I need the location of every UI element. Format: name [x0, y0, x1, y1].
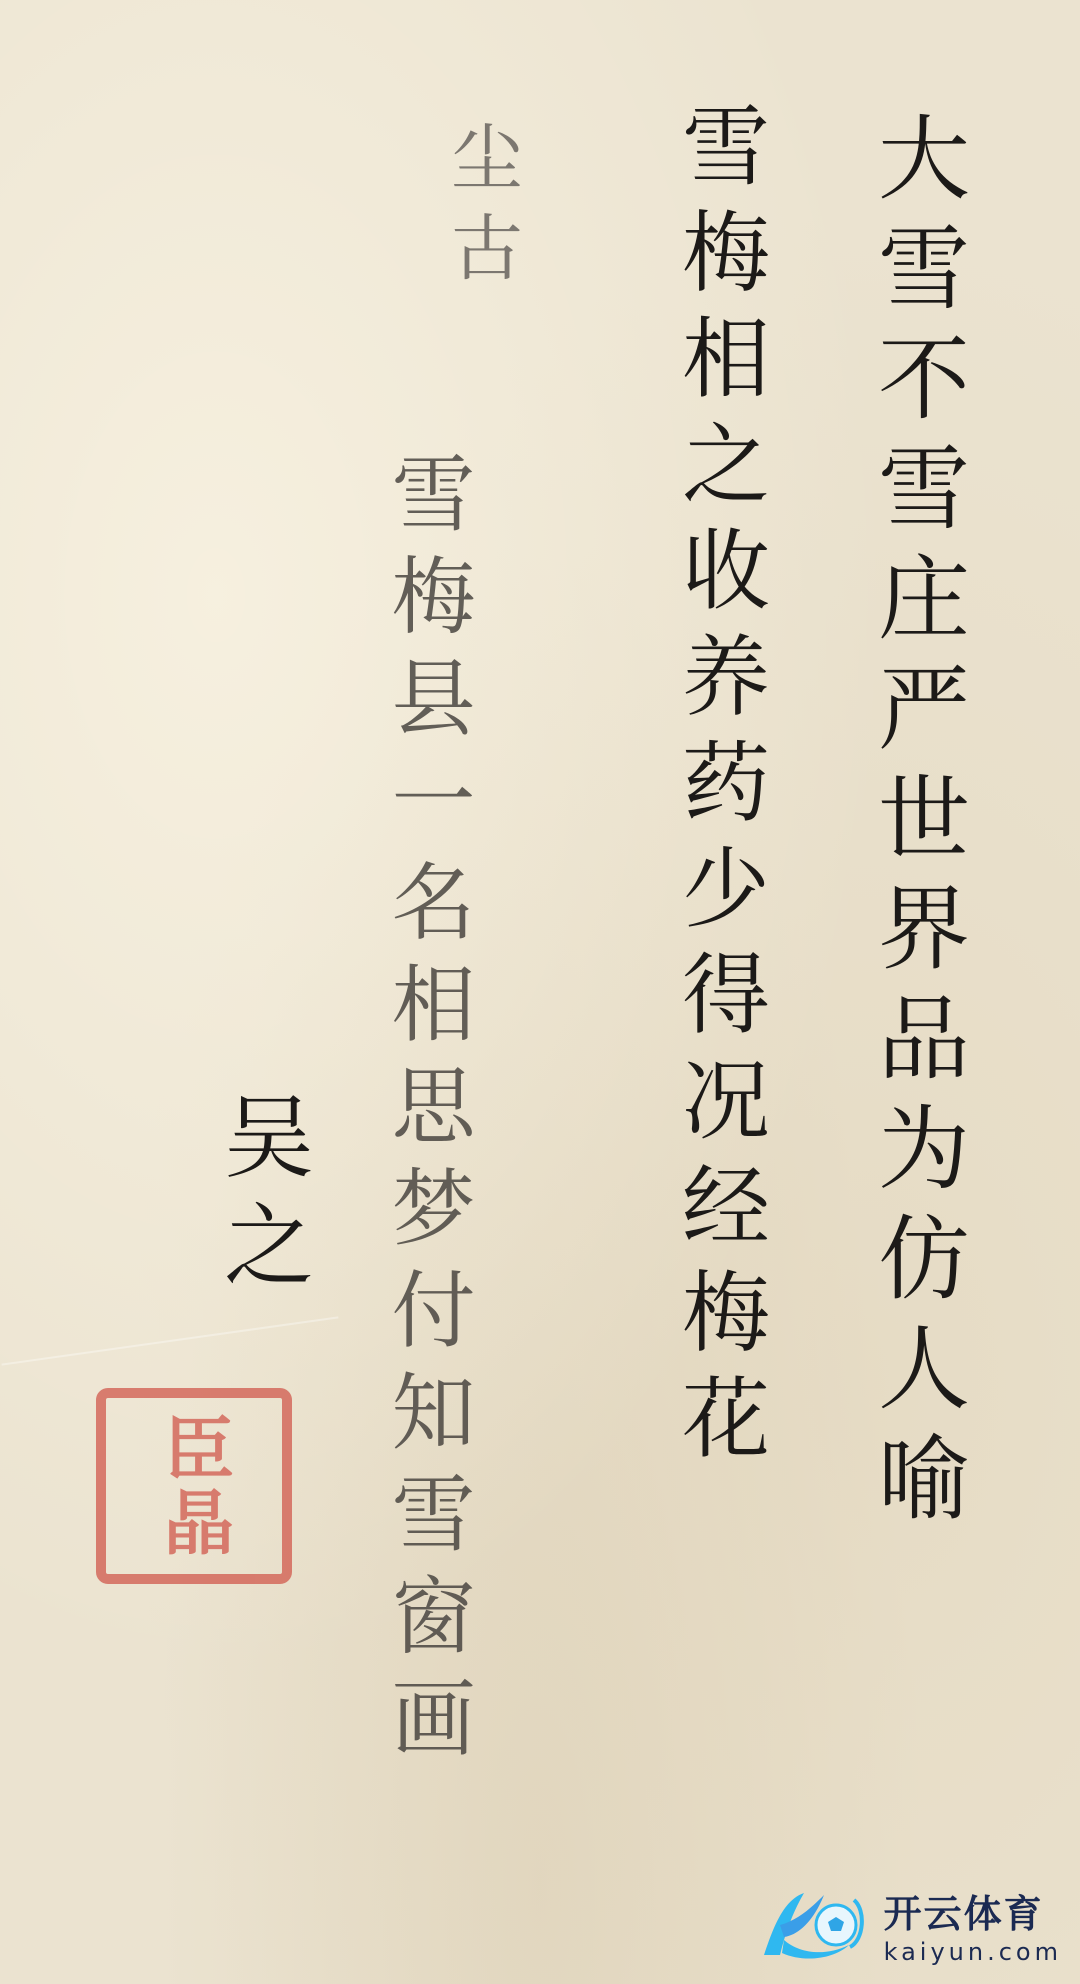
calligraphy-column-1: 大雪不雪庄严世界品为仿人喻: [870, 110, 962, 1540]
calligraphy-column-4: 雪梅县一名相思梦付知雪窗画: [385, 450, 469, 1776]
k-soccer-ball-logo-icon: [754, 1885, 874, 1965]
paper-crease: [2, 1316, 339, 1365]
calligraphy-column-2: 雪梅相之收养药少得况经梅花: [675, 100, 763, 1478]
calligraphy-column-3-annotation: 尘古: [445, 120, 517, 300]
watermark-brand-en: kaiyun.com: [884, 1938, 1062, 1966]
calligraphy-paper: 大雪不雪庄严世界品为仿人喻 雪梅相之收养药少得况经梅花 尘古 雪梅县一名相思梦付…: [0, 0, 1080, 1984]
seal-text: 臣晶: [144, 1412, 245, 1560]
red-seal-stamp: 臣晶: [96, 1388, 292, 1584]
watermark-brand-cn: 开云体育: [884, 1883, 1062, 1938]
watermark: 开云体育 kaiyun.com: [754, 1883, 1062, 1966]
signature: 吴之: [215, 1090, 305, 1306]
